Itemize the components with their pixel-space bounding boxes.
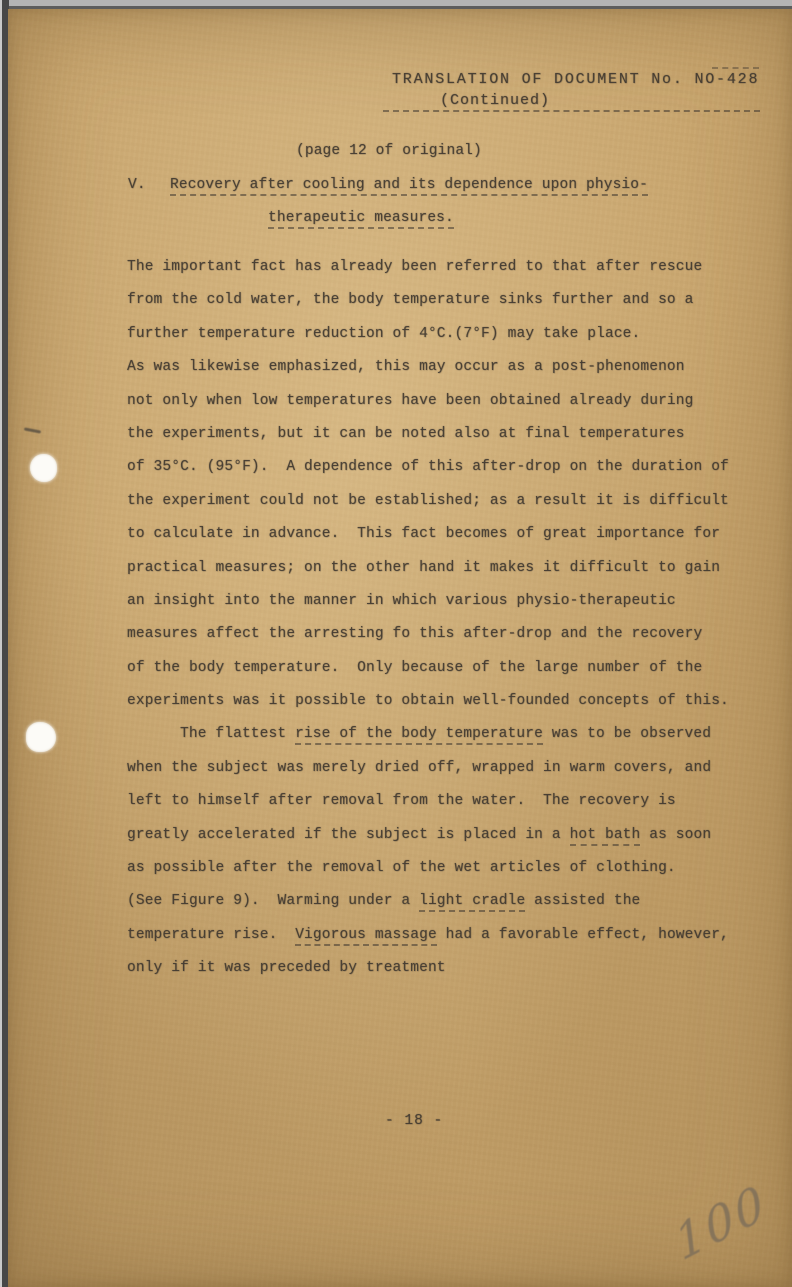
text-segment: from the cold water, the body temperatur… [127,292,694,308]
typewritten-line: temperature rise. Vigorous massage had a… [127,919,737,952]
typewritten-line: measures affect the arresting fo this af… [127,618,737,651]
underlined-text: light cradle [419,893,525,912]
section-title-line1-text: Recovery after cooling and its dependenc… [170,177,648,196]
document-header-continued: (Continued) [440,92,550,109]
typewritten-line: practical measures; on the other hand it… [127,552,737,585]
original-page-note: (page 12 of original) [296,143,482,159]
typewritten-line: of the body temperature. Only because of… [127,652,737,685]
text-segment: assisted the [525,893,640,909]
text-segment: further temperature reduction of 4°C.(7°… [127,326,640,342]
typewritten-line: left to himself after removal from the w… [127,785,737,818]
text-segment: experiments was it possible to obtain we… [127,693,729,709]
text-segment: was to be observed [543,726,711,742]
typewritten-line: as possible after the removal of the wet… [127,852,737,885]
section-number: V. [128,177,146,193]
text-segment: not only when low temperatures have been… [127,393,694,409]
text-segment: The flattest [180,726,295,742]
typewritten-line: an insight into the manner in which vari… [127,585,737,618]
header-short-dash-rule [712,67,759,69]
typewritten-line: to calculate in advance. This fact becom… [127,518,737,551]
typewritten-body-text: The important fact has already been refe… [127,251,737,986]
typewritten-line: only if it was preceded by treatment [127,952,737,985]
text-segment: to calculate in advance. This fact becom… [127,526,720,542]
text-segment: measures affect the arresting fo this af… [127,626,702,642]
typewritten-line: of 35°C. (95°F). A dependence of this af… [127,451,737,484]
page-number: - 18 - [385,1113,443,1129]
underlined-text: hot bath [570,827,641,846]
typewritten-line: when the subject was merely dried off, w… [127,752,737,785]
text-segment: as soon [640,827,711,843]
typewritten-line: greatly accelerated if the subject is pl… [127,819,737,852]
document-header-title: TRANSLATION OF DOCUMENT No. NO-428 [392,71,759,88]
section-title-line2-text: therapeutic measures. [268,210,454,229]
text-segment: when the subject was merely dried off, w… [127,760,711,776]
text-segment: only if it was preceded by treatment [127,960,446,976]
text-segment: the experiment could not be established;… [127,493,729,509]
typewritten-line: (See Figure 9). Warming under a light cr… [127,885,737,918]
text-segment: had a favorable effect, however, [437,927,729,943]
typewritten-line: As was likewise emphasized, this may occ… [127,351,737,384]
underlined-text: Vigorous massage [295,927,437,946]
header-dashed-rule [383,110,760,112]
text-segment: As was likewise emphasized, this may occ… [127,359,685,375]
text-segment: left to himself after removal from the w… [127,793,676,809]
typewritten-line: the experiment could not be established;… [127,485,737,518]
typewritten-line: from the cold water, the body temperatur… [127,284,737,317]
text-segment: (See Figure 9). Warming under a [127,893,419,909]
scanned-document-page: TRANSLATION OF DOCUMENT No. NO-428 (Cont… [0,0,792,1287]
typewritten-line: The flattest rise of the body temperatur… [127,718,737,751]
typewritten-line: the experiments, but it can be noted als… [127,418,737,451]
text-segment: the experiments, but it can be noted als… [127,426,685,442]
text-segment: of 35°C. (95°F). A dependence of this af… [127,459,729,475]
section-title-line1: Recovery after cooling and its dependenc… [170,177,648,193]
underlined-text: rise of the body temperature [295,726,543,745]
section-title-line2: therapeutic measures. [268,210,454,226]
text-segment: greatly accelerated if the subject is pl… [127,827,570,843]
text-segment: of the body temperature. Only because of… [127,660,702,676]
text-segment: The important fact has already been refe… [127,259,702,275]
typewritten-line: The important fact has already been refe… [127,251,737,284]
text-segment: an insight into the manner in which vari… [127,593,676,609]
hole-punch-bottom [26,722,56,752]
typewritten-line: further temperature reduction of 4°C.(7°… [127,318,737,351]
typewritten-line: not only when low temperatures have been… [127,385,737,418]
hole-punch-top [30,454,57,482]
text-segment: temperature rise. [127,927,295,943]
text-segment: as possible after the removal of the wet… [127,860,676,876]
text-segment: practical measures; on the other hand it… [127,560,720,576]
typewritten-line: experiments was it possible to obtain we… [127,685,737,718]
